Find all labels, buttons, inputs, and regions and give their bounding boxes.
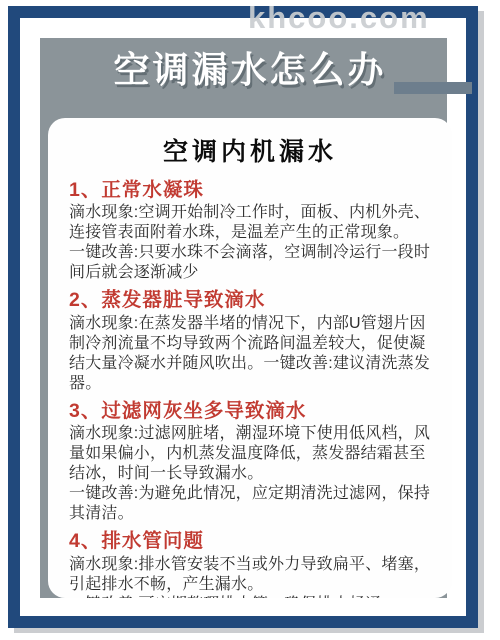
section-dirty-evaporator: 2、蒸发器脏导致滴水 滴水现象:在蒸发器半堵的情况下，内部U管翅片因制冷剂流量不… [69,288,431,393]
section-paragraph: 一键改善:可定期整理排水管，确保排水畅通。 [69,595,431,599]
section-paragraph: 滴水现象:排水管安装不当或外力导致扁平、堵塞，引起排水不畅，产生漏水。 [69,555,431,595]
section-paragraph: 滴水现象:过滤网脏堵，潮湿环境下使用低风档，风量如果偏小，内机蒸发温度降低，蒸发… [69,424,431,484]
section-heading: 2、蒸发器脏导致滴水 [69,288,431,312]
poster-main-title: 空调漏水怎么办 [0,42,500,93]
section-normal-condensation: 1、正常水凝珠 滴水现象:空调开始制冷工作时，面板、内机外壳、连接管表面附着水珠… [69,178,431,283]
section-heading: 1、正常水凝珠 [69,178,431,202]
card-title: 空调内机漏水 [69,132,431,168]
section-dusty-filter: 3、过滤网灰坐多导致滴水 滴水现象:过滤网脏堵，潮湿环境下使用低风档，风量如果偏… [69,399,431,524]
section-drain-pipe: 4、排水管问题 滴水现象:排水管安装不当或外力导致扁平、堵塞，引起排水不畅，产生… [69,529,431,598]
poster-page: 空调漏水怎么办 khcoo.com 空调内机漏水 1、正常水凝珠 滴水现象:空调… [0,0,500,640]
section-paragraph: 一键改善:只要水珠不会滴落，空调制冷运行一段时间后就会逐渐减少 [69,243,431,283]
section-paragraph: 一键改善:为避免此情况，应定期清洗过滤网，保持其清洁。 [69,484,431,524]
watermark-text: khcoo.com [248,0,430,36]
section-heading: 3、过滤网灰坐多导致滴水 [69,399,431,423]
section-heading: 4、排水管问题 [69,529,431,553]
content-card: 空调内机漏水 1、正常水凝珠 滴水现象:空调开始制冷工作时，面板、内机外壳、连接… [48,118,452,598]
section-paragraph: 滴水现象:在蒸发器半堵的情况下，内部U管翅片因制冷剂流量不均导致两个流路间温差较… [69,314,431,394]
section-paragraph: 滴水现象:空调开始制冷工作时，面板、内机外壳、连接管表面附着水珠，是温差产生的正… [69,203,431,243]
